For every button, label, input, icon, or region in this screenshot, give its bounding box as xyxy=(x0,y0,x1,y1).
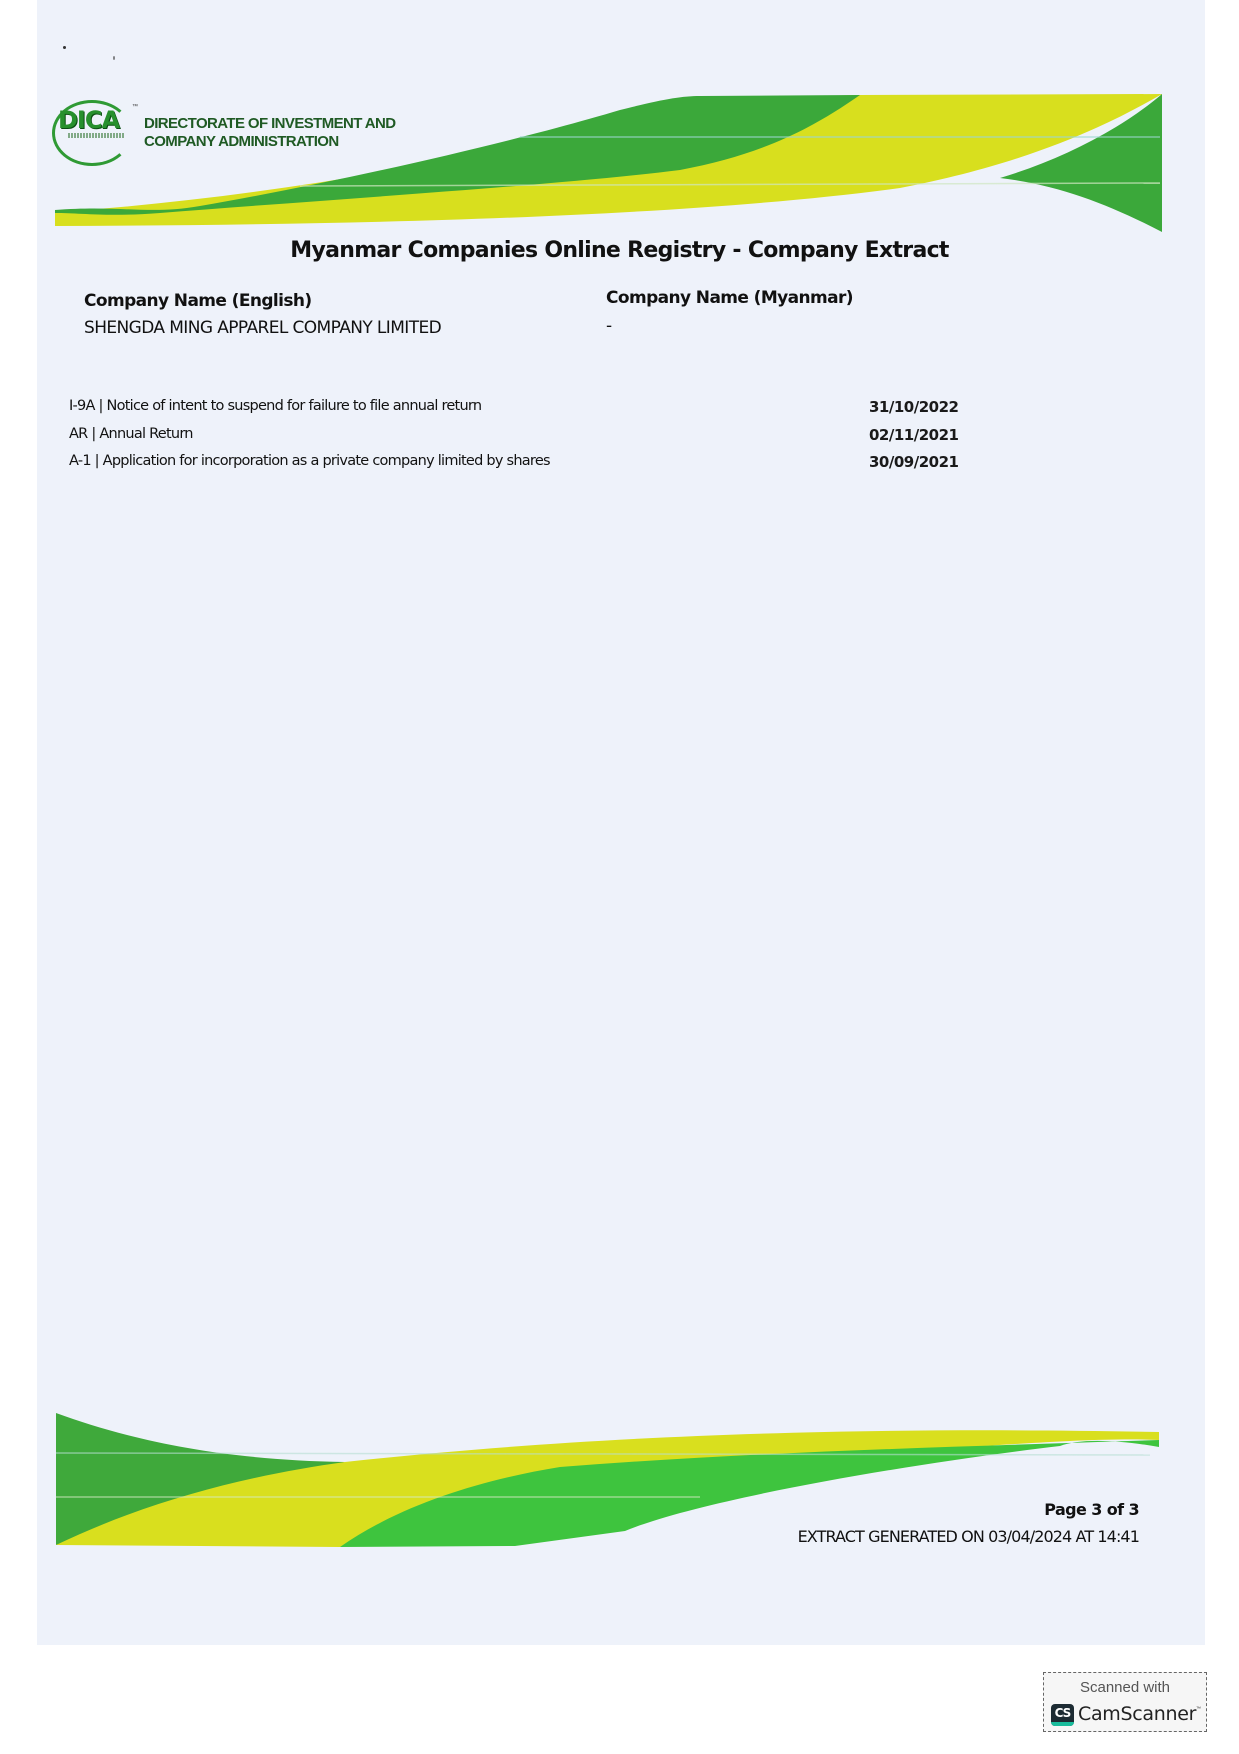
dica-logo: DICA ™ xyxy=(52,100,136,168)
watermark-brand: CamScanner xyxy=(1078,1703,1196,1725)
filing-history-list: I-9A | Notice of intent to suspend for f… xyxy=(69,398,969,481)
page-number: Page 3 of 3 xyxy=(1044,1500,1139,1519)
company-name-english-value: SHENGDA MING APPAREL COMPANY LIMITED xyxy=(84,318,441,338)
camscanner-logo-icon: CS xyxy=(1051,1704,1074,1726)
filing-date: 30/09/2021 xyxy=(869,453,958,471)
logo-subtext xyxy=(68,133,124,138)
organization-name: Directorate of Investment and Company Ad… xyxy=(144,115,396,151)
watermark-trademark: ™ xyxy=(1196,1706,1201,1712)
filing-date: 02/11/2021 xyxy=(869,426,958,444)
filing-description: I-9A | Notice of intent to suspend for f… xyxy=(69,398,481,414)
logo-trademark: ™ xyxy=(132,104,138,110)
extract-generated-timestamp: EXTRACT GENERATED ON 03/04/2024 AT 14:41 xyxy=(798,1527,1139,1546)
org-name-line2: Company Administration xyxy=(144,133,396,151)
company-name-myanmar-label: Company Name (Myanmar) xyxy=(606,288,853,308)
filing-description: A-1 | Application for incorporation as a… xyxy=(69,453,550,469)
company-name-english-label: Company Name (English) xyxy=(84,291,312,311)
filing-row: I-9A | Notice of intent to suspend for f… xyxy=(69,398,969,426)
camscanner-watermark: Scanned with CS CamScanner ™ xyxy=(1043,1672,1207,1732)
filing-description: AR | Annual Return xyxy=(69,426,193,442)
watermark-caption: Scanned with xyxy=(1044,1679,1206,1696)
filing-row: AR | Annual Return 02/11/2021 xyxy=(69,426,969,454)
org-name-line1: Directorate of Investment and xyxy=(144,115,396,133)
company-name-myanmar-value: - xyxy=(606,316,612,336)
filing-row: A-1 | Application for incorporation as a… xyxy=(69,453,969,481)
logo-text: DICA xyxy=(58,106,119,134)
filing-date: 31/10/2022 xyxy=(869,398,958,416)
page-title: Myanmar Companies Online Registry - Comp… xyxy=(0,238,1239,263)
